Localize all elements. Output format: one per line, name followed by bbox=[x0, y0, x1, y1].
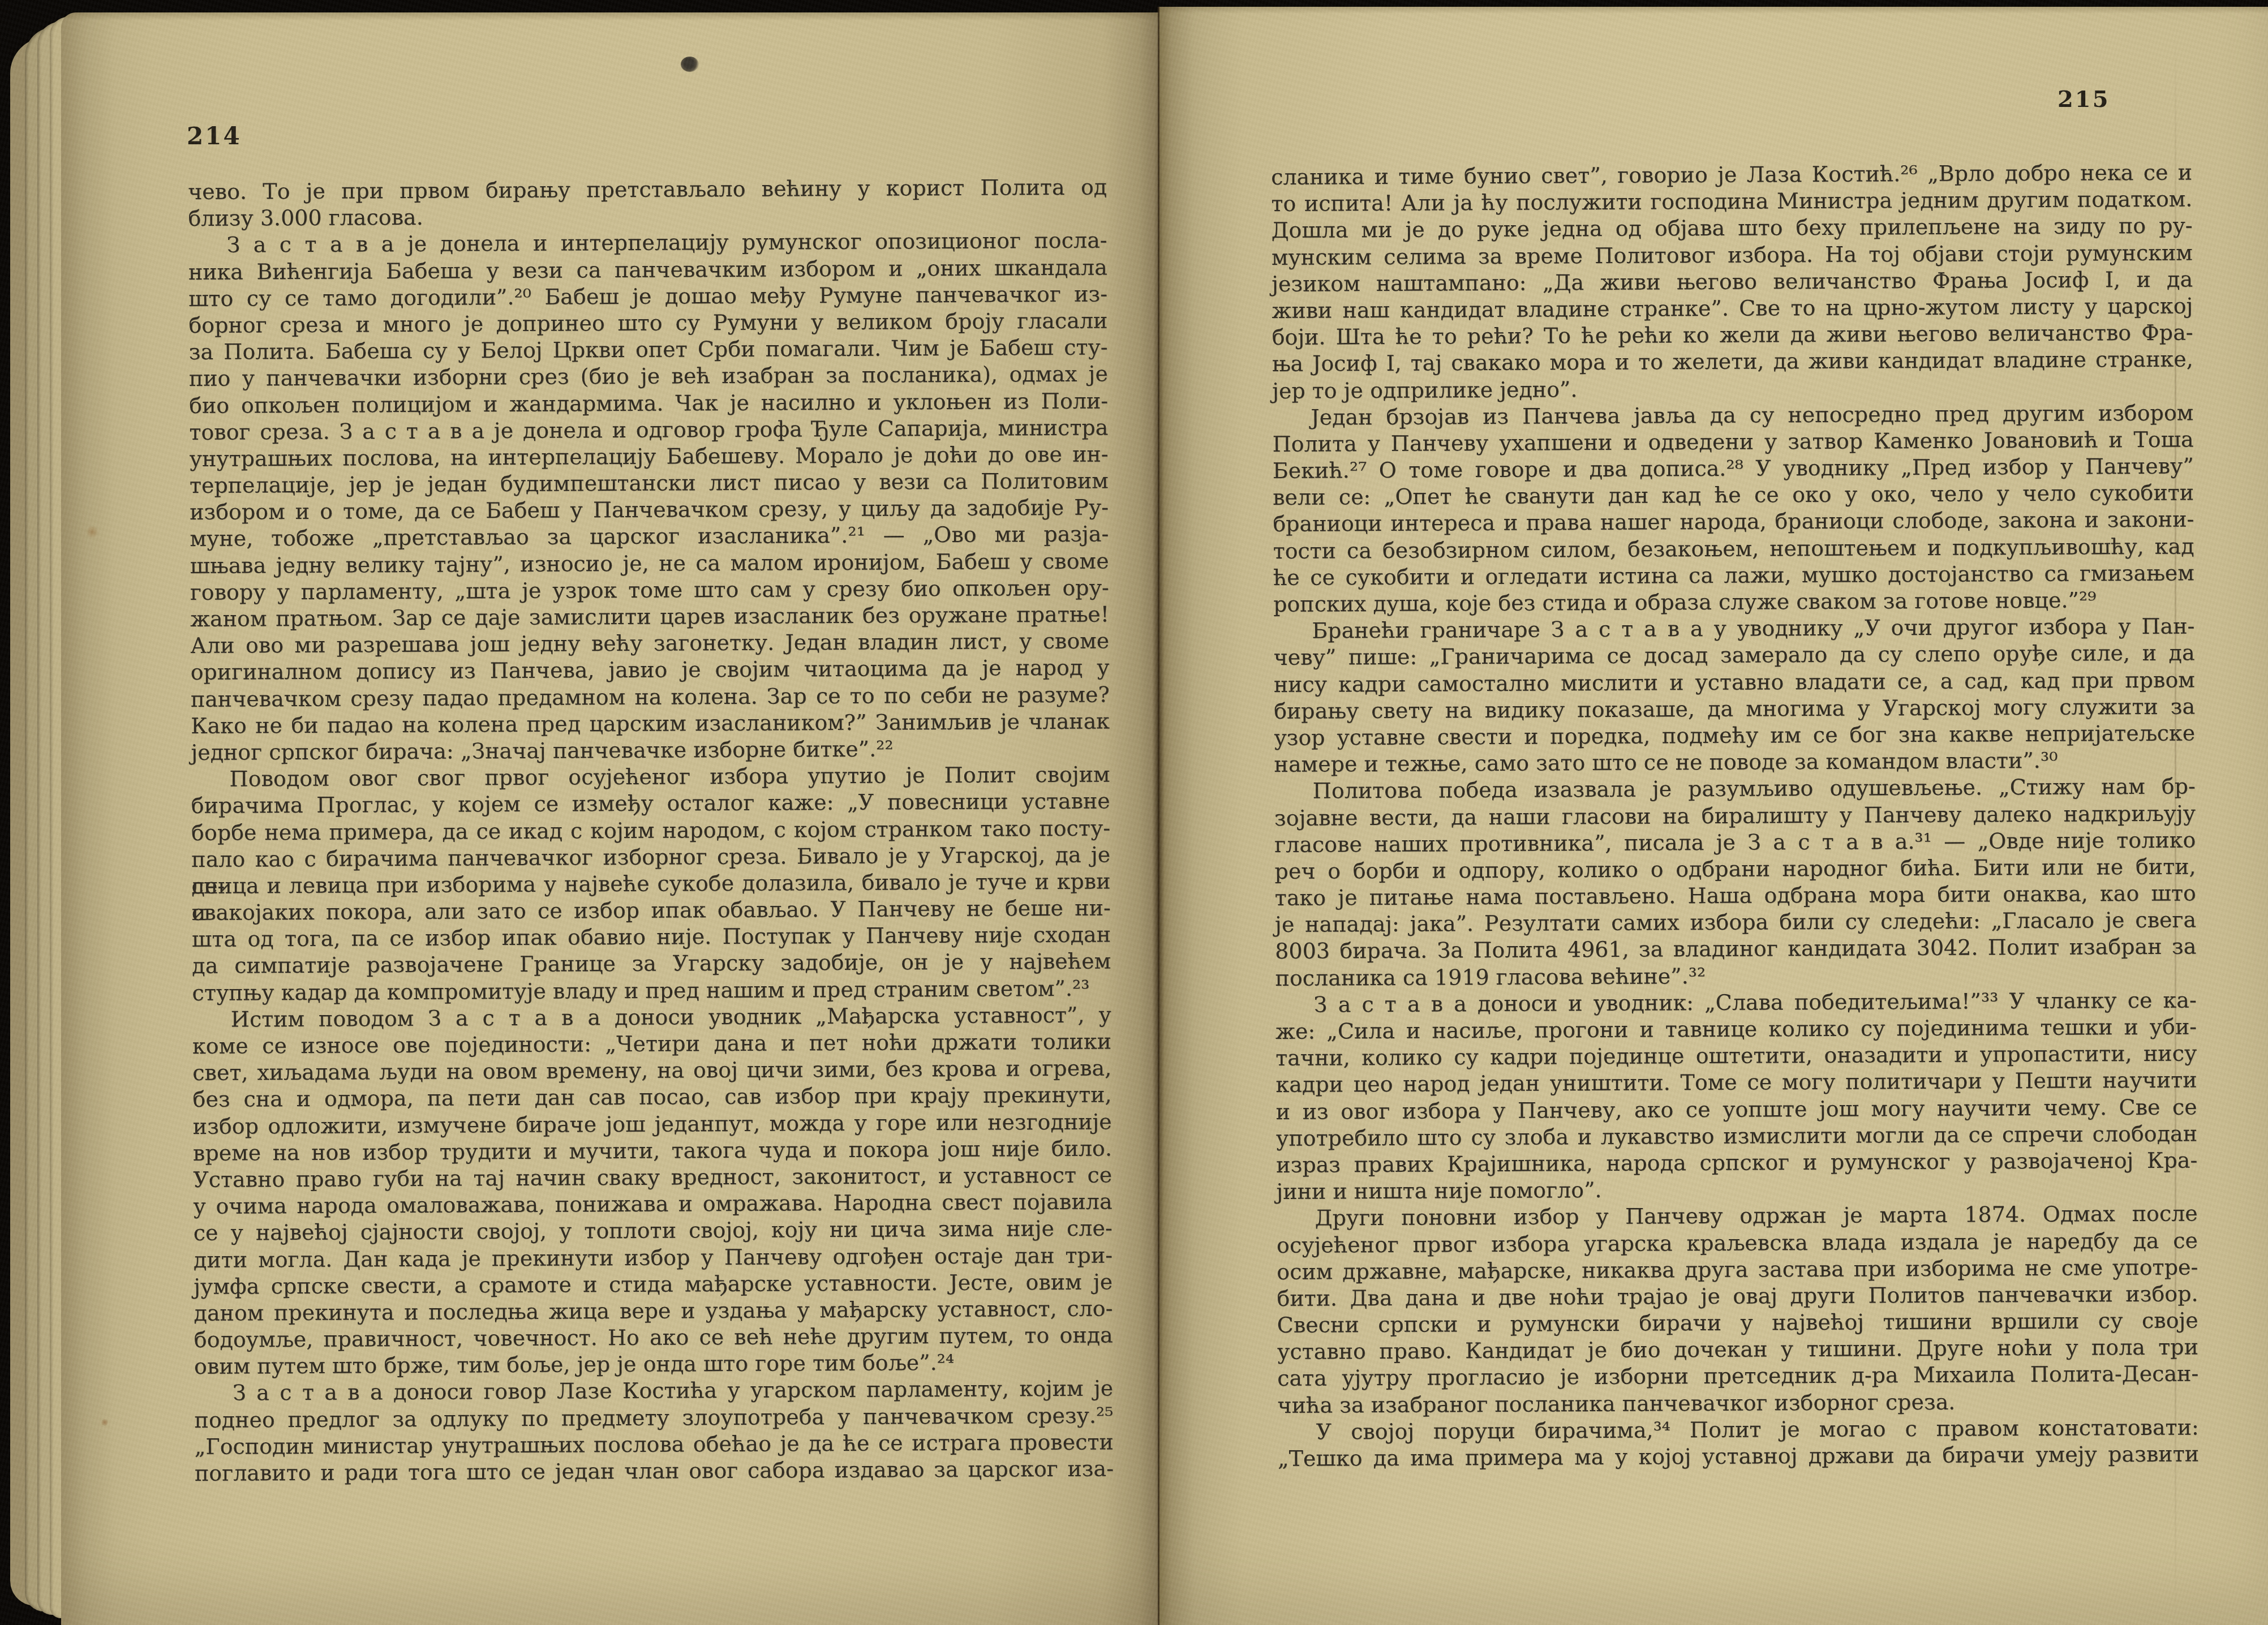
text-line: сланика и тиме бунио свет”, говорио је Л… bbox=[1271, 159, 2192, 191]
text-line: бодоумље, правичност, човечност. Но ако … bbox=[194, 1322, 1113, 1354]
text-line: и из овог избора у Панчеву, ако се уопшт… bbox=[1276, 1094, 2197, 1125]
text-line: 8003 бирача. За Полита 4961, за владиног… bbox=[1275, 934, 2196, 965]
text-line: Политова победа изазвала је разумљиво од… bbox=[1274, 773, 2196, 805]
text-line: Дошла ми је до руке једна од објава што … bbox=[1271, 213, 2192, 244]
text-line: Други поновни избор у Панчеву одржан је … bbox=[1277, 1201, 2198, 1232]
text-line: посланика са 1919 гласова већине”.³² bbox=[1275, 960, 2196, 992]
text-line: борног среза и много је допринео што су … bbox=[188, 307, 1107, 339]
text-line: близу 3.000 гласова. bbox=[188, 201, 1107, 233]
text-line: је нападај: јака”. Резултати самих избор… bbox=[1275, 907, 2196, 939]
text-line: гласове наших противника”, писала је З а… bbox=[1274, 827, 2196, 858]
text-line: бирачима Проглас, у којем се између оста… bbox=[191, 788, 1110, 820]
text-line: коме се износе ове појединости: „Четири … bbox=[192, 1028, 1111, 1060]
text-line: то испита! Али ја ћу послужити господина… bbox=[1271, 186, 2192, 218]
text-line: осим државне, мађарске, никаква друга за… bbox=[1277, 1254, 2198, 1286]
text-line: сата ујутру прогласио је изборни претсед… bbox=[1277, 1361, 2198, 1392]
text-line: терпелације, јер је један будимпештански… bbox=[190, 468, 1109, 500]
gutter-crease-line bbox=[1158, 7, 1159, 1625]
right-page-text: сланика и тиме бунио свет”, говорио је Л… bbox=[1271, 159, 2199, 1472]
text-line: јини и ништа није помогло”. bbox=[1276, 1174, 2197, 1206]
text-line: оригиналном допису из Панчева, јавио је … bbox=[190, 655, 1109, 686]
text-line: овим путем што брже, тим боље, јер је он… bbox=[194, 1349, 1113, 1381]
text-line: зојавне вести, да наши гласови на бирали… bbox=[1274, 800, 2196, 832]
text-line: у очима народа омаловажава, понижава и о… bbox=[193, 1189, 1112, 1220]
text-line: језиком наштампано: „Да живи његово вели… bbox=[1272, 266, 2193, 298]
text-line: вели се: „Опет ће сванути дан кад ће се … bbox=[1273, 480, 2194, 511]
text-line: тости са безобзирном силом, безакоњем, н… bbox=[1273, 533, 2194, 565]
text-line: поднео предлог за одлуку по предмету зло… bbox=[194, 1402, 1113, 1434]
text-line: унутрашњих послова, на интерпелацију Баб… bbox=[189, 441, 1108, 472]
left-page-text: чево. То је при првом бирању претстављал… bbox=[188, 174, 1114, 1487]
text-line: ња Јосиф I, тај свакако мора и то желети… bbox=[1272, 346, 2193, 378]
text-line: товог среза. З а с т а в а је донела и о… bbox=[189, 414, 1108, 446]
text-line: употребило што су злоба и лукавство изми… bbox=[1276, 1120, 2197, 1152]
page-number-left: 214 bbox=[187, 122, 242, 150]
text-line: без сна и одмора, па пети дан сав посао,… bbox=[192, 1082, 1111, 1114]
text-line: ће се сукобити и огледати истина са лажи… bbox=[1273, 560, 2194, 591]
text-line: узор уставне свести и поредка, подмећу и… bbox=[1274, 720, 2195, 751]
text-line: панчевачком срезу падао предамном на кол… bbox=[191, 681, 1110, 713]
text-line: кадри цео народ један уништити. Томе се … bbox=[1275, 1067, 2197, 1099]
text-line: жаном пратњом. Зар се даје замислити цар… bbox=[190, 601, 1109, 633]
text-line: З а с т а в а доноси говор Лазе Костића … bbox=[194, 1375, 1113, 1407]
text-line: сница и левица при изборима у највеће су… bbox=[191, 868, 1110, 900]
text-line: шњава једну велику тајну”, износио је, н… bbox=[190, 548, 1109, 579]
book-scan: 214 215 чево. То је при првом бирању пре… bbox=[0, 0, 2268, 1625]
text-line: намере и тежње, само зато што се не пово… bbox=[1274, 747, 2195, 779]
text-line: Свесни српски и румунски бирачи у највећ… bbox=[1277, 1308, 2198, 1339]
text-line: Један брзојав из Панчева јавља да су неп… bbox=[1272, 399, 2193, 431]
text-line: чеву” пише: „Граничарима се досад замера… bbox=[1273, 640, 2194, 672]
text-line: Како не би падао на колена пред царским … bbox=[191, 708, 1110, 740]
text-line: да симпатије развојачене Границе за Угар… bbox=[192, 948, 1111, 980]
text-line: Али ово ми разрешава још једну већу заго… bbox=[190, 628, 1109, 660]
text-line: говору у парламенту, „шта је узрок томе … bbox=[190, 574, 1109, 606]
text-line: нису кадри самостално мислити и уставно … bbox=[1274, 667, 2195, 698]
text-line: свакојаких покора, али зато се избор ипа… bbox=[192, 895, 1111, 927]
text-line: за Полита. Бабеша су у Белој Цркви опет … bbox=[188, 334, 1107, 366]
text-line: же: „Сила и насиље, прогони и тавнице ко… bbox=[1275, 1013, 2197, 1045]
text-line: пио у панчевачки изборни срез (био је ве… bbox=[189, 361, 1108, 393]
text-line: живи наш кандидат владине странке”. Све … bbox=[1272, 293, 2193, 324]
text-line: бирању свету на видику показаше, да мног… bbox=[1274, 693, 2195, 725]
text-line: Уставно право губи на тај начин сваку вр… bbox=[193, 1162, 1112, 1193]
text-line: ника Вићенгија Бабеша у вези са панчевач… bbox=[188, 254, 1107, 286]
text-line: борбе нема примера, да се икад с којим н… bbox=[191, 815, 1110, 846]
text-line: био опкољен полицијом и жандармима. Чак … bbox=[189, 388, 1108, 419]
text-line: З а с т а в а доноси и уводник: „Слава п… bbox=[1275, 987, 2197, 1018]
text-line: тако је питање нама постављено. Наша одб… bbox=[1275, 880, 2196, 912]
text-line: чића за изабраног посланика панчевачког … bbox=[1277, 1387, 2198, 1419]
text-line: шта од тога, па се избор ипак обавио ниј… bbox=[192, 922, 1111, 953]
text-line: тачни, колико су кадри појединце оштетит… bbox=[1275, 1041, 2197, 1072]
text-line: поглавито и ради тога што се један члан … bbox=[195, 1455, 1114, 1487]
text-line: Бранећи граничаре З а с т а в а у уводни… bbox=[1273, 613, 2194, 645]
text-line: једног српског бирача: „Значај панчевачк… bbox=[191, 734, 1110, 766]
ink-blot bbox=[681, 57, 699, 72]
text-line: уставно право. Кандидат је био дочекан у… bbox=[1277, 1334, 2198, 1366]
text-line: време на нов избор трудити и мучити, так… bbox=[193, 1135, 1112, 1167]
text-line: избором и о томе, да се Бабеш у Панчевач… bbox=[190, 495, 1109, 526]
text-line: З а с т а в а је донела и интерпелацију … bbox=[188, 227, 1107, 259]
text-line: У својој поруци бирачима,³⁴ Полит је мог… bbox=[1278, 1414, 2199, 1446]
text-line: реч о борби и одпору, колико о одбрани н… bbox=[1274, 853, 2196, 885]
text-line: боји. Шта ће то рећи? То ће рећи ко жели… bbox=[1272, 320, 2193, 351]
text-line: пало као с бирачима панчевачког изборног… bbox=[191, 841, 1110, 873]
text-line: дити могла. Дан када је прекинути избор … bbox=[194, 1242, 1112, 1274]
text-line: израз правих Крајишника, народа српског … bbox=[1276, 1147, 2197, 1179]
text-line: браниоци интереса и права нашег народа, … bbox=[1273, 506, 2194, 538]
text-line: даном прекинута и последња жица вере и у… bbox=[194, 1295, 1112, 1327]
text-line: Бекић.²⁷ О томе говоре и два дописа.²⁸ У… bbox=[1273, 453, 2194, 485]
text-line: што су се тамо догодили”.²⁰ Бабеш је дош… bbox=[188, 281, 1107, 312]
text-line: „Тешко да има примера ма у којој уставно… bbox=[1278, 1441, 2199, 1472]
page-number-right: 215 bbox=[2057, 86, 2110, 113]
text-line: јер то је одприлике једно”. bbox=[1272, 373, 2193, 405]
text-line: мунским селима за време Политовог избора… bbox=[1272, 239, 2193, 271]
text-line: Полита у Панчеву ухапшени и одведени у з… bbox=[1272, 426, 2193, 458]
text-line: Истим поводом З а с т а в а доноси уводн… bbox=[192, 1001, 1111, 1033]
text-line: ступњу кадар да компромитује владу и пре… bbox=[192, 975, 1111, 1007]
text-line: Поводом овог свог првог осујећеног избор… bbox=[191, 762, 1110, 793]
text-line: „Господин министар унутрашњих послова об… bbox=[195, 1429, 1114, 1460]
text-line: се у највећој сјајности својој, у топлот… bbox=[194, 1215, 1112, 1247]
text-line: избор одложити, измучене бираче још једа… bbox=[193, 1108, 1112, 1140]
text-line: чево. То је при првом бирању претстављал… bbox=[188, 174, 1107, 205]
text-line: ропских душа, које без стида и образа сл… bbox=[1273, 586, 2194, 618]
text-line: муне, тобоже „претстављао за царског иза… bbox=[190, 521, 1109, 553]
text-line: јумфа српске свести, а срамоте и стида м… bbox=[194, 1269, 1112, 1300]
text-line: свет, хиљадама људи на овом времену, на … bbox=[192, 1055, 1111, 1087]
text-line: осујећеног првог избора угарска краљевск… bbox=[1277, 1227, 2198, 1259]
text-line: бити. Два дана и две ноћи трајао је овај… bbox=[1277, 1280, 2198, 1312]
